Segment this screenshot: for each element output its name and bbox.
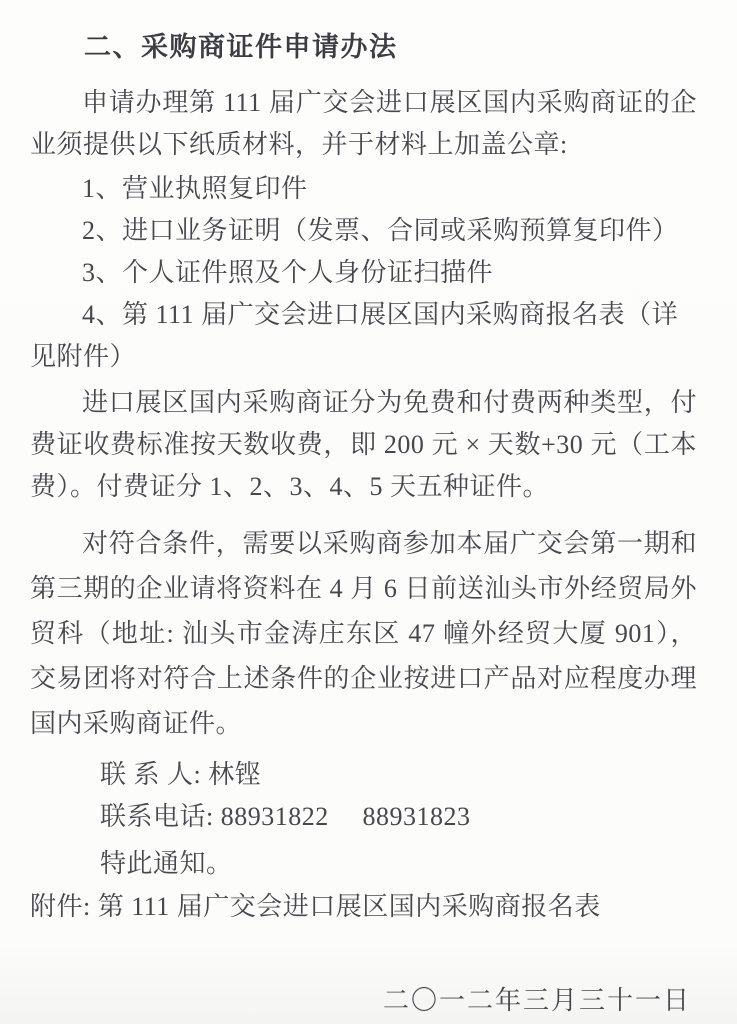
contact-person-label: 联 系 人: (100, 760, 208, 789)
list-item-id-photo: 3、个人证件照及个人身份证扫描件 (30, 252, 697, 294)
document-heading: 二、采购商证件申请办法 (84, 26, 697, 68)
submission-paragraph: 对符合条件，需要以采购商参加本届广交会第一期和第三期的企业请将资料在 4 月 6… (30, 521, 697, 746)
document-page: 二、采购商证件申请办法 申请办理第 111 届广交会进口展区国内采购商证的企业须… (0, 0, 737, 1024)
contact-phone-line: 联系电话: 8893182288931823 (30, 796, 697, 838)
contact-phone-label: 联系电话: (100, 802, 221, 831)
required-materials-list: 1、营业执照复印件 2、进口业务证明（发票、合同或采购预算复印件） 3、个人证件… (30, 168, 697, 378)
contact-person-line: 联 系 人: 林铿 (30, 754, 697, 796)
contact-phone-number-2: 88931823 (363, 802, 471, 831)
notice-closing-line: 特此通知。 (30, 843, 697, 885)
document-date: 二〇一二年三月三十一日 (30, 980, 697, 1022)
list-item-registration-form: 4、第 111 届广交会进口展区国内采购商报名表（详见附件） (30, 294, 697, 378)
intro-paragraph: 申请办理第 111 届广交会进口展区国内采购商证的企业须提供以下纸质材料，并于材… (30, 82, 697, 166)
contact-phone-number-1: 88931822 (221, 802, 329, 831)
list-item-import-proof: 2、进口业务证明（发票、合同或采购预算复印件） (30, 210, 697, 252)
attachment-line: 附件: 第 111 届广交会进口展区国内采购商报名表 (30, 886, 697, 928)
contact-person-name: 林铿 (208, 760, 261, 789)
list-item-business-license: 1、营业执照复印件 (30, 168, 697, 210)
fee-paragraph: 进口展区国内采购商证分为免费和付费两种类型，付费证收费标准按天数收费，即 200… (30, 382, 697, 508)
